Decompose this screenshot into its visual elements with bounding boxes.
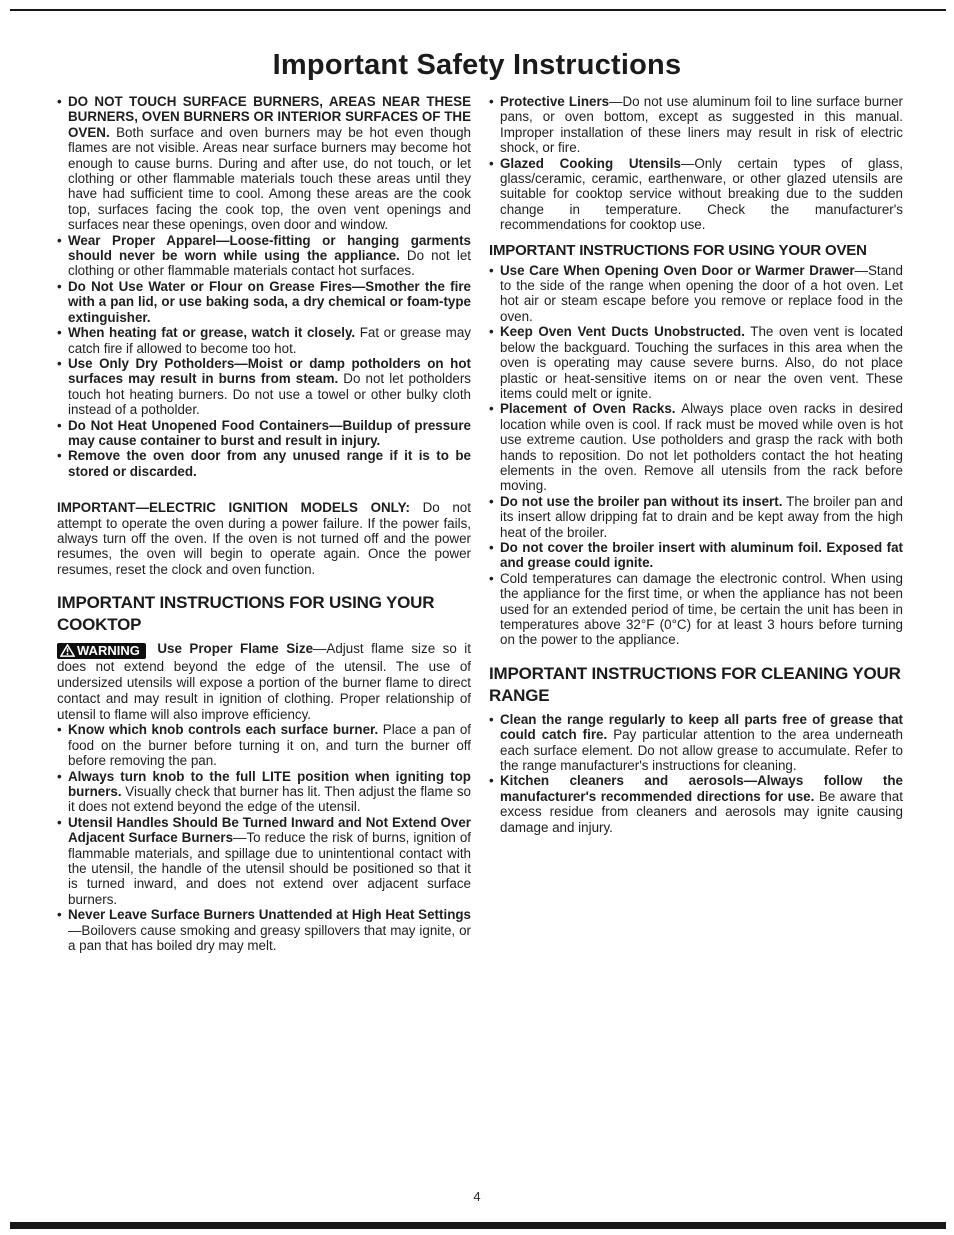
list-item: Placement of Oven Racks. Always place ov… [489,401,903,493]
bottom-border-rule [10,1222,946,1229]
electric-ignition-note: IMPORTANT—ELECTRIC IGNITION MODELS ONLY:… [57,500,471,577]
left-column: DO NOT TOUCH SURFACE BURNERS, AREAS NEAR… [57,94,471,953]
list-item: Do not cover the broiler insert with alu… [489,540,903,571]
section-heading-cooktop: IMPORTANT INSTRUCTIONS FOR USING YOUR CO… [57,592,471,636]
page-title: Important Safety Instructions [0,49,954,82]
list-item: Kitchen cleaners and aerosols—Always fol… [489,773,903,835]
cleaning-bullet-list: Clean the range regularly to keep all pa… [489,712,903,835]
list-item: Do not use the broiler pan without its i… [489,494,903,540]
list-item: Use Only Dry Potholders—Moist or damp po… [57,356,471,418]
right-column: Protective Liners—Do not use aluminum fo… [489,94,903,953]
bullet-lead: Never Leave Surface Burners Unattended a… [68,907,471,922]
bullet-lead: Do not cover the broiler insert with alu… [500,540,903,570]
bullet-lead: Protective Liners [500,94,609,109]
bullet-body: Both surface and oven burners may be hot… [68,125,471,232]
bullet-body: —Boilovers cause smoking and greasy spil… [68,923,471,953]
page-number: 4 [0,1189,954,1204]
list-item: Do Not Use Water or Flour on Grease Fire… [57,279,471,325]
list-item: Cold temperatures can damage the electro… [489,571,903,648]
bullet-lead: Placement of Oven Racks. [500,401,676,416]
list-item: Use Care When Opening Oven Door or Warme… [489,263,903,325]
bullet-lead: When heating fat or grease, watch it clo… [68,325,355,340]
list-item: Always turn knob to the full LITE positi… [57,769,471,815]
section-heading-cleaning: IMPORTANT INSTRUCTIONS FOR CLEANING YOUR… [489,663,903,707]
list-item: DO NOT TOUCH SURFACE BURNERS, AREAS NEAR… [57,94,471,233]
bullet-body: Visually check that burner has lit. Then… [68,784,471,814]
bullet-lead: Do Not Use Water or Flour on Grease Fire… [68,279,471,325]
bullet-lead: Remove the oven door from any unused ran… [68,448,471,478]
warning-badge-label: WARNING [77,643,140,658]
manual-page: Important Safety Instructions DO NOT TOU… [0,0,954,1235]
bullet-lead: Use Care When Opening Oven Door or Warme… [500,263,855,278]
flame-size-lead: Use Proper Flame Size [157,641,313,656]
list-item: Keep Oven Vent Ducts Unobstructed. The o… [489,324,903,401]
list-item: Glazed Cooking Utensils—Only certain typ… [489,156,903,233]
list-item: Remove the oven door from any unused ran… [57,448,471,479]
note-lead: IMPORTANT—ELECTRIC IGNITION MODELS ONLY: [57,500,410,515]
cooktop-bullet-list: Know which knob controls each surface bu… [57,722,471,953]
section-heading-oven: IMPORTANT INSTRUCTIONS FOR USING YOUR OV… [489,242,903,260]
two-column-layout: DO NOT TOUCH SURFACE BURNERS, AREAS NEAR… [0,94,954,953]
list-item: Clean the range regularly to keep all pa… [489,712,903,774]
top-border-rule [10,9,946,11]
list-item: Know which knob controls each surface bu… [57,722,471,768]
safety-bullet-list: DO NOT TOUCH SURFACE BURNERS, AREAS NEAR… [57,94,471,479]
flame-size-paragraph: WARNING Use Proper Flame Size—Adjust fla… [57,641,471,722]
liners-bullet-list: Protective Liners—Do not use aluminum fo… [489,94,903,233]
warning-triangle-icon [60,644,75,657]
bullet-body: Cold temperatures can damage the electro… [500,571,903,648]
bullet-lead: Do Not Heat Unopened Food Containers—Bui… [68,418,471,448]
bullet-lead: Know which knob controls each surface bu… [68,722,378,737]
list-item: When heating fat or grease, watch it clo… [57,325,471,356]
bullet-lead: Do not use the broiler pan without its i… [500,494,782,509]
list-item: Never Leave Surface Burners Unattended a… [57,907,471,953]
list-item: Utensil Handles Should Be Turned Inward … [57,815,471,907]
list-item: Protective Liners—Do not use aluminum fo… [489,94,903,156]
oven-bullet-list: Use Care When Opening Oven Door or Warme… [489,263,903,648]
list-item: Wear Proper Apparel—Loose-fitting or han… [57,233,471,279]
warning-badge: WARNING [57,643,146,659]
list-item: Do Not Heat Unopened Food Containers—Bui… [57,418,471,449]
bullet-lead: Keep Oven Vent Ducts Unobstructed. [500,324,745,339]
bullet-lead: Glazed Cooking Utensils [500,156,681,171]
